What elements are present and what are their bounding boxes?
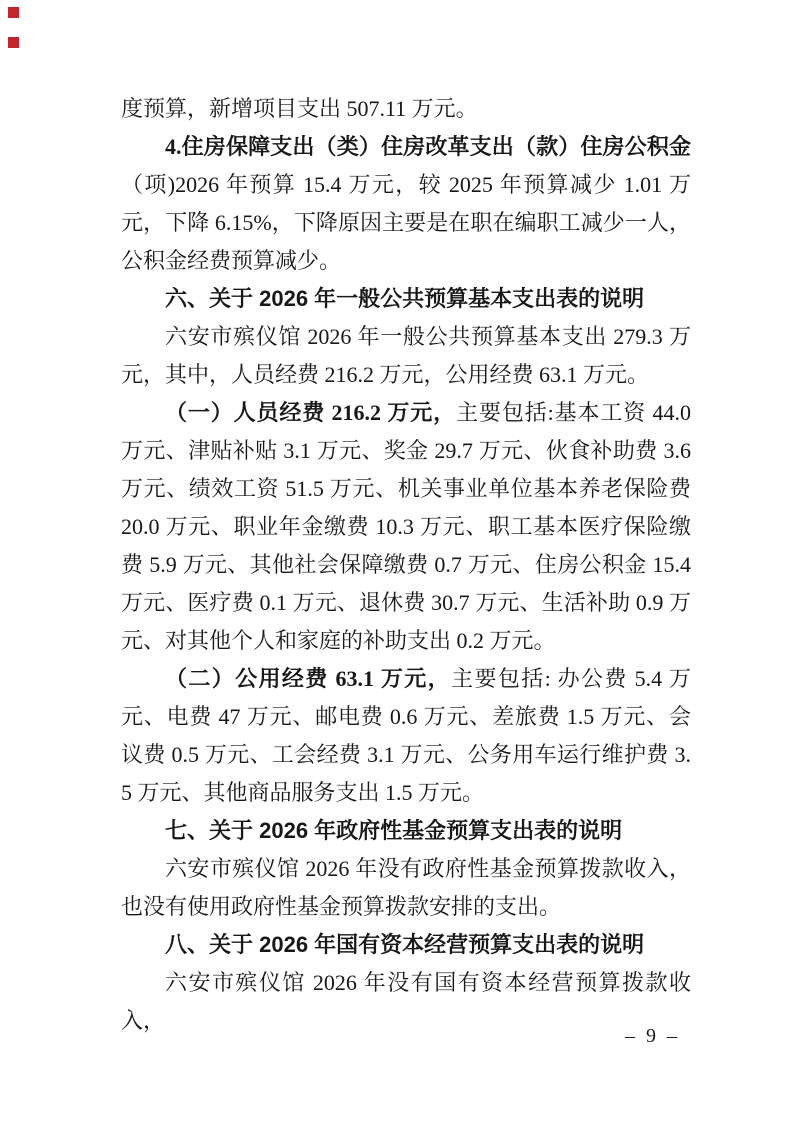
document-body: 度预算，新增项目支出 507.11 万元。4.住房保障支出（类）住房改革支出（款… xyxy=(121,90,691,1040)
text-run: 主要包括:基本工资 44.0 万元、津贴补贴 3.1 万元、奖金 29.7 万元… xyxy=(121,400,691,653)
text-run: 度预算，新增项目支出 507.11 万元。 xyxy=(121,96,478,121)
section-heading: 七、关于 2026 年政府性基金预算支出表的说明 xyxy=(121,812,691,850)
paragraph: 度预算，新增项目支出 507.11 万元。 xyxy=(121,90,691,128)
bold-text-run: 七、关于 2026 年政府性基金预算支出表的说明 xyxy=(165,818,622,843)
bold-text-run: 4.住房保障支出（类）住房改革支出（款）住房公积金 xyxy=(165,134,691,159)
text-run: （项)2026 年预算 15.4 万元，较 2025 年预算减少 1.01 万元… xyxy=(121,172,691,273)
text-run: 六安市殡仪馆 2026 年没有国有资本经营预算拨款收入， xyxy=(121,970,691,1033)
bold-text-run: （一）人员经费 216.2 万元， xyxy=(165,400,456,425)
bold-text-run: 八、关于 2026 年国有资本经营预算支出表的说明 xyxy=(165,932,644,957)
page-number: – 9 – xyxy=(625,1024,680,1048)
text-run: 六安市殡仪馆 2026 年一般公共预算基本支出 279.3 万元，其中，人员经费… xyxy=(121,324,691,387)
text-run: 六安市殡仪馆 2026 年没有政府性基金预算拨款收入，也没有使用政府性基金预算拨… xyxy=(121,856,691,919)
paragraph: 六安市殡仪馆 2026 年一般公共预算基本支出 279.3 万元，其中，人员经费… xyxy=(121,318,691,394)
red-square-marker xyxy=(8,37,19,48)
paragraph: （一）人员经费 216.2 万元，主要包括:基本工资 44.0 万元、津贴补贴 … xyxy=(121,394,691,660)
paragraph: 六安市殡仪馆 2026 年没有政府性基金预算拨款收入，也没有使用政府性基金预算拨… xyxy=(121,850,691,926)
document-page: 度预算，新增项目支出 507.11 万元。4.住房保障支出（类）住房改革支出（款… xyxy=(0,0,800,1131)
paragraph: （二）公用经费 63.1 万元，主要包括: 办公费 5.4 万元、电费 47 万… xyxy=(121,660,691,812)
paragraph: 4.住房保障支出（类）住房改革支出（款）住房公积金（项)2026 年预算 15.… xyxy=(121,128,691,280)
bold-text-run: 六、关于 2026 年一般公共预算基本支出表的说明 xyxy=(165,286,644,311)
section-heading: 六、关于 2026 年一般公共预算基本支出表的说明 xyxy=(121,280,691,318)
paragraph: 六安市殡仪馆 2026 年没有国有资本经营预算拨款收入， xyxy=(121,964,691,1040)
red-square-marker xyxy=(8,7,19,18)
section-heading: 八、关于 2026 年国有资本经营预算支出表的说明 xyxy=(121,926,691,964)
bold-text-run: （二）公用经费 63.1 万元， xyxy=(165,666,451,691)
